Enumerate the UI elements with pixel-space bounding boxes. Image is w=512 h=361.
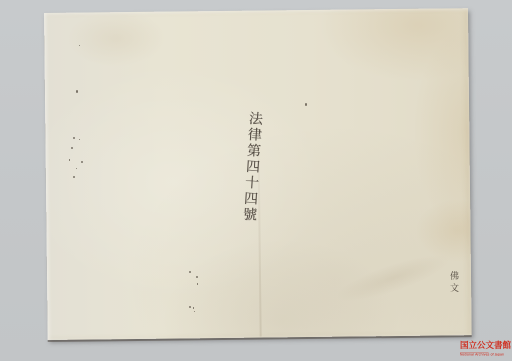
margin-annotation: 佛文 bbox=[447, 271, 460, 295]
archives-watermark: 国立公文書館 National Archives of Japan bbox=[460, 342, 511, 359]
watermark-title: 国立公文書館 bbox=[460, 342, 511, 351]
wrinkle-crease bbox=[327, 230, 460, 325]
watermark-subtitle: National Archives of Japan bbox=[460, 352, 489, 356]
scan-background: 法律第四十四號 佛文 国立公文書館 National Archives of J… bbox=[0, 0, 512, 361]
